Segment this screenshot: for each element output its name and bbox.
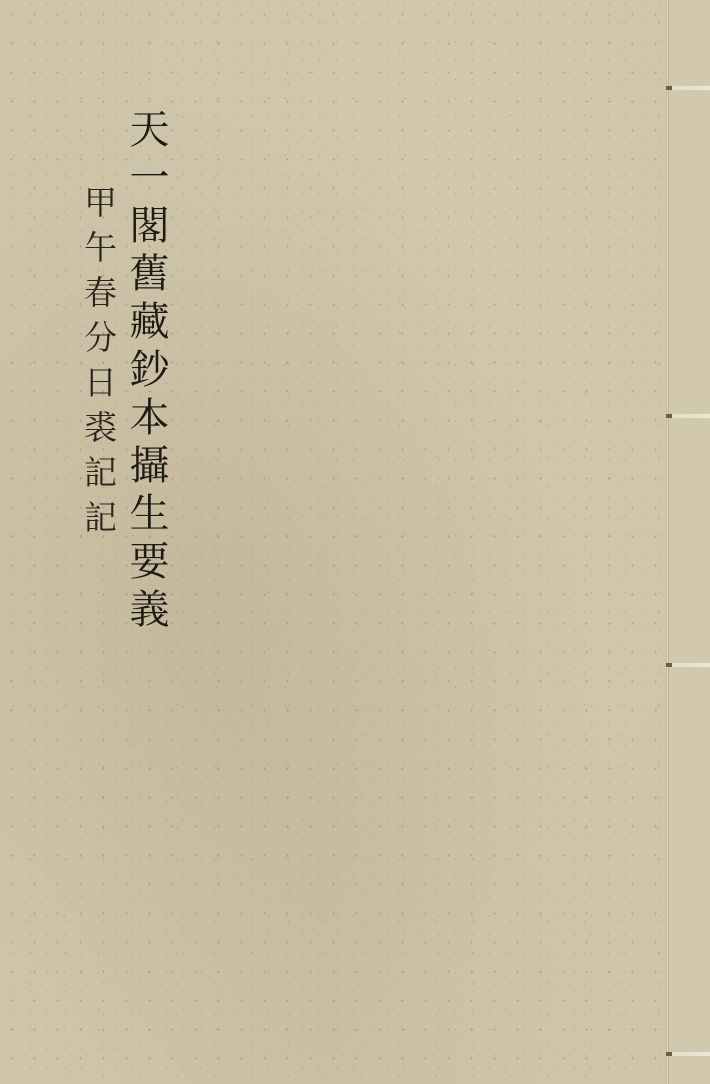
book-page: 天一閣舊藏鈔本攝生要義 甲午春分日裘記記 [0,0,666,1084]
binding-stitch [666,86,710,90]
colophon-inscription: 甲午春分日裘記記 [80,185,116,545]
binding-stitch [666,414,710,418]
book-spine-edge [669,0,710,1084]
binding-stitch [666,663,710,667]
binding-stitch [666,1052,710,1056]
book-title: 天一閣舊藏鈔本攝生要義 [124,108,168,636]
